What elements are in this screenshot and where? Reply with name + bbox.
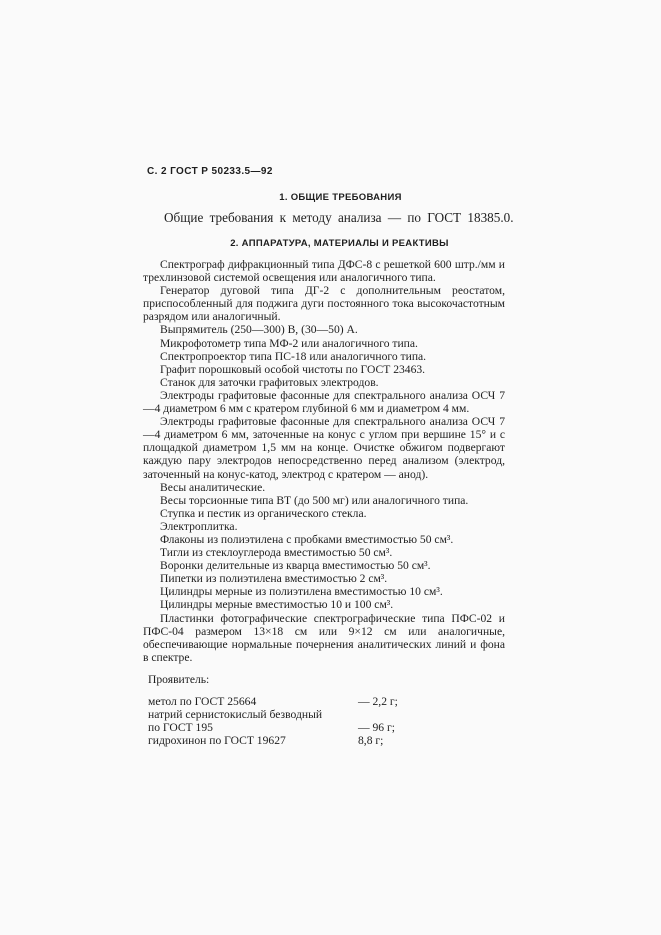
item-cylinders-polyethylene: Цилиндры мерные из полиэтилена вместимос… bbox=[143, 585, 505, 598]
reagent-name: натрий сернистокислый безводный bbox=[148, 708, 358, 721]
item-hotplate: Электроплитка. bbox=[143, 520, 505, 533]
section-2-title: 2. АППАРАТУРА, МАТЕРИАЛЫ И РЕАКТИВЫ bbox=[0, 238, 661, 249]
section-1-title: 1. ОБЩИЕ ТРЕБОВАНИЯ bbox=[0, 192, 661, 203]
reagent-name: метол по ГОСТ 25664 bbox=[148, 695, 358, 708]
item-pipettes: Пипетки из полиэтилена вместимостью 2 см… bbox=[143, 572, 505, 585]
reagent-name: гидрохинон по ГОСТ 19627 bbox=[148, 734, 350, 747]
reagent-name: по ГОСТ 195 bbox=[148, 721, 358, 734]
section-1-text: Общие требования к методу анализа — по Г… bbox=[164, 210, 514, 226]
item-graphite: Графит порошковый особой чистоты по ГОСТ… bbox=[143, 363, 505, 376]
reagent-row: гидрохинон по ГОСТ 19627 8,8 г; bbox=[148, 734, 406, 747]
item-microphotometer: Микрофотометр типа МФ-2 или аналогичного… bbox=[143, 337, 505, 350]
paragraph-spectrograph: Спектрограф дифракционный типа ДФС-8 с р… bbox=[143, 258, 505, 284]
reagent-qty: — 2,2 г; bbox=[358, 695, 406, 708]
paragraph-electrodes-cone: Электроды графитовые фасонные для спектр… bbox=[143, 415, 505, 480]
reagent-qty: 8,8 г; bbox=[350, 734, 406, 747]
reagent-qty bbox=[358, 708, 406, 721]
item-spectroprojector: Спектропроектор типа ПС-18 или аналогичн… bbox=[143, 350, 505, 363]
item-funnels: Воронки делительные из кварца вместимост… bbox=[143, 559, 505, 572]
reagent-qty: — 96 г; bbox=[358, 721, 406, 734]
item-flasks: Флаконы из полиэтилена с пробками вмести… bbox=[143, 533, 505, 546]
developer-title: Проявитель: bbox=[143, 673, 505, 686]
developer-recipe: метол по ГОСТ 25664 — 2,2 г; натрий серн… bbox=[143, 695, 505, 747]
item-cylinders: Цилиндры мерные вместимостью 10 и 100 см… bbox=[143, 598, 505, 611]
document-page: С. 2 ГОСТ Р 50233.5—92 1. ОБЩИЕ ТРЕБОВАН… bbox=[0, 0, 661, 935]
item-crucibles: Тигли из стеклоуглерода вместимостью 50 … bbox=[143, 546, 505, 559]
paragraph-generator: Генератор дуговой типа ДГ-2 с дополнител… bbox=[143, 284, 505, 323]
reagent-row: метол по ГОСТ 25664 — 2,2 г; bbox=[148, 695, 406, 708]
reagent-row: по ГОСТ 195 — 96 г; bbox=[148, 721, 406, 734]
item-analytical-balance: Весы аналитические. bbox=[143, 481, 505, 494]
item-rectifier: Выпрямитель (250—300) В, (30—50) А. bbox=[143, 323, 505, 336]
paragraph-photo-plates: Пластинки фотографические спектрографиче… bbox=[143, 612, 505, 664]
page-header: С. 2 ГОСТ Р 50233.5—92 bbox=[147, 166, 273, 177]
item-sharpening-machine: Станок для заточки графитовых электродов… bbox=[143, 376, 505, 389]
item-torsion-balance: Весы торсионные типа ВТ (до 500 мг) или … bbox=[143, 494, 505, 507]
reagent-row: натрий сернистокислый безводный bbox=[148, 708, 406, 721]
item-mortar: Ступка и пестик из органического стекла. bbox=[143, 507, 505, 520]
section-2-body: Спектрограф дифракционный типа ДФС-8 с р… bbox=[143, 258, 505, 747]
paragraph-electrodes-crater: Электроды графитовые фасонные для спектр… bbox=[143, 389, 505, 415]
